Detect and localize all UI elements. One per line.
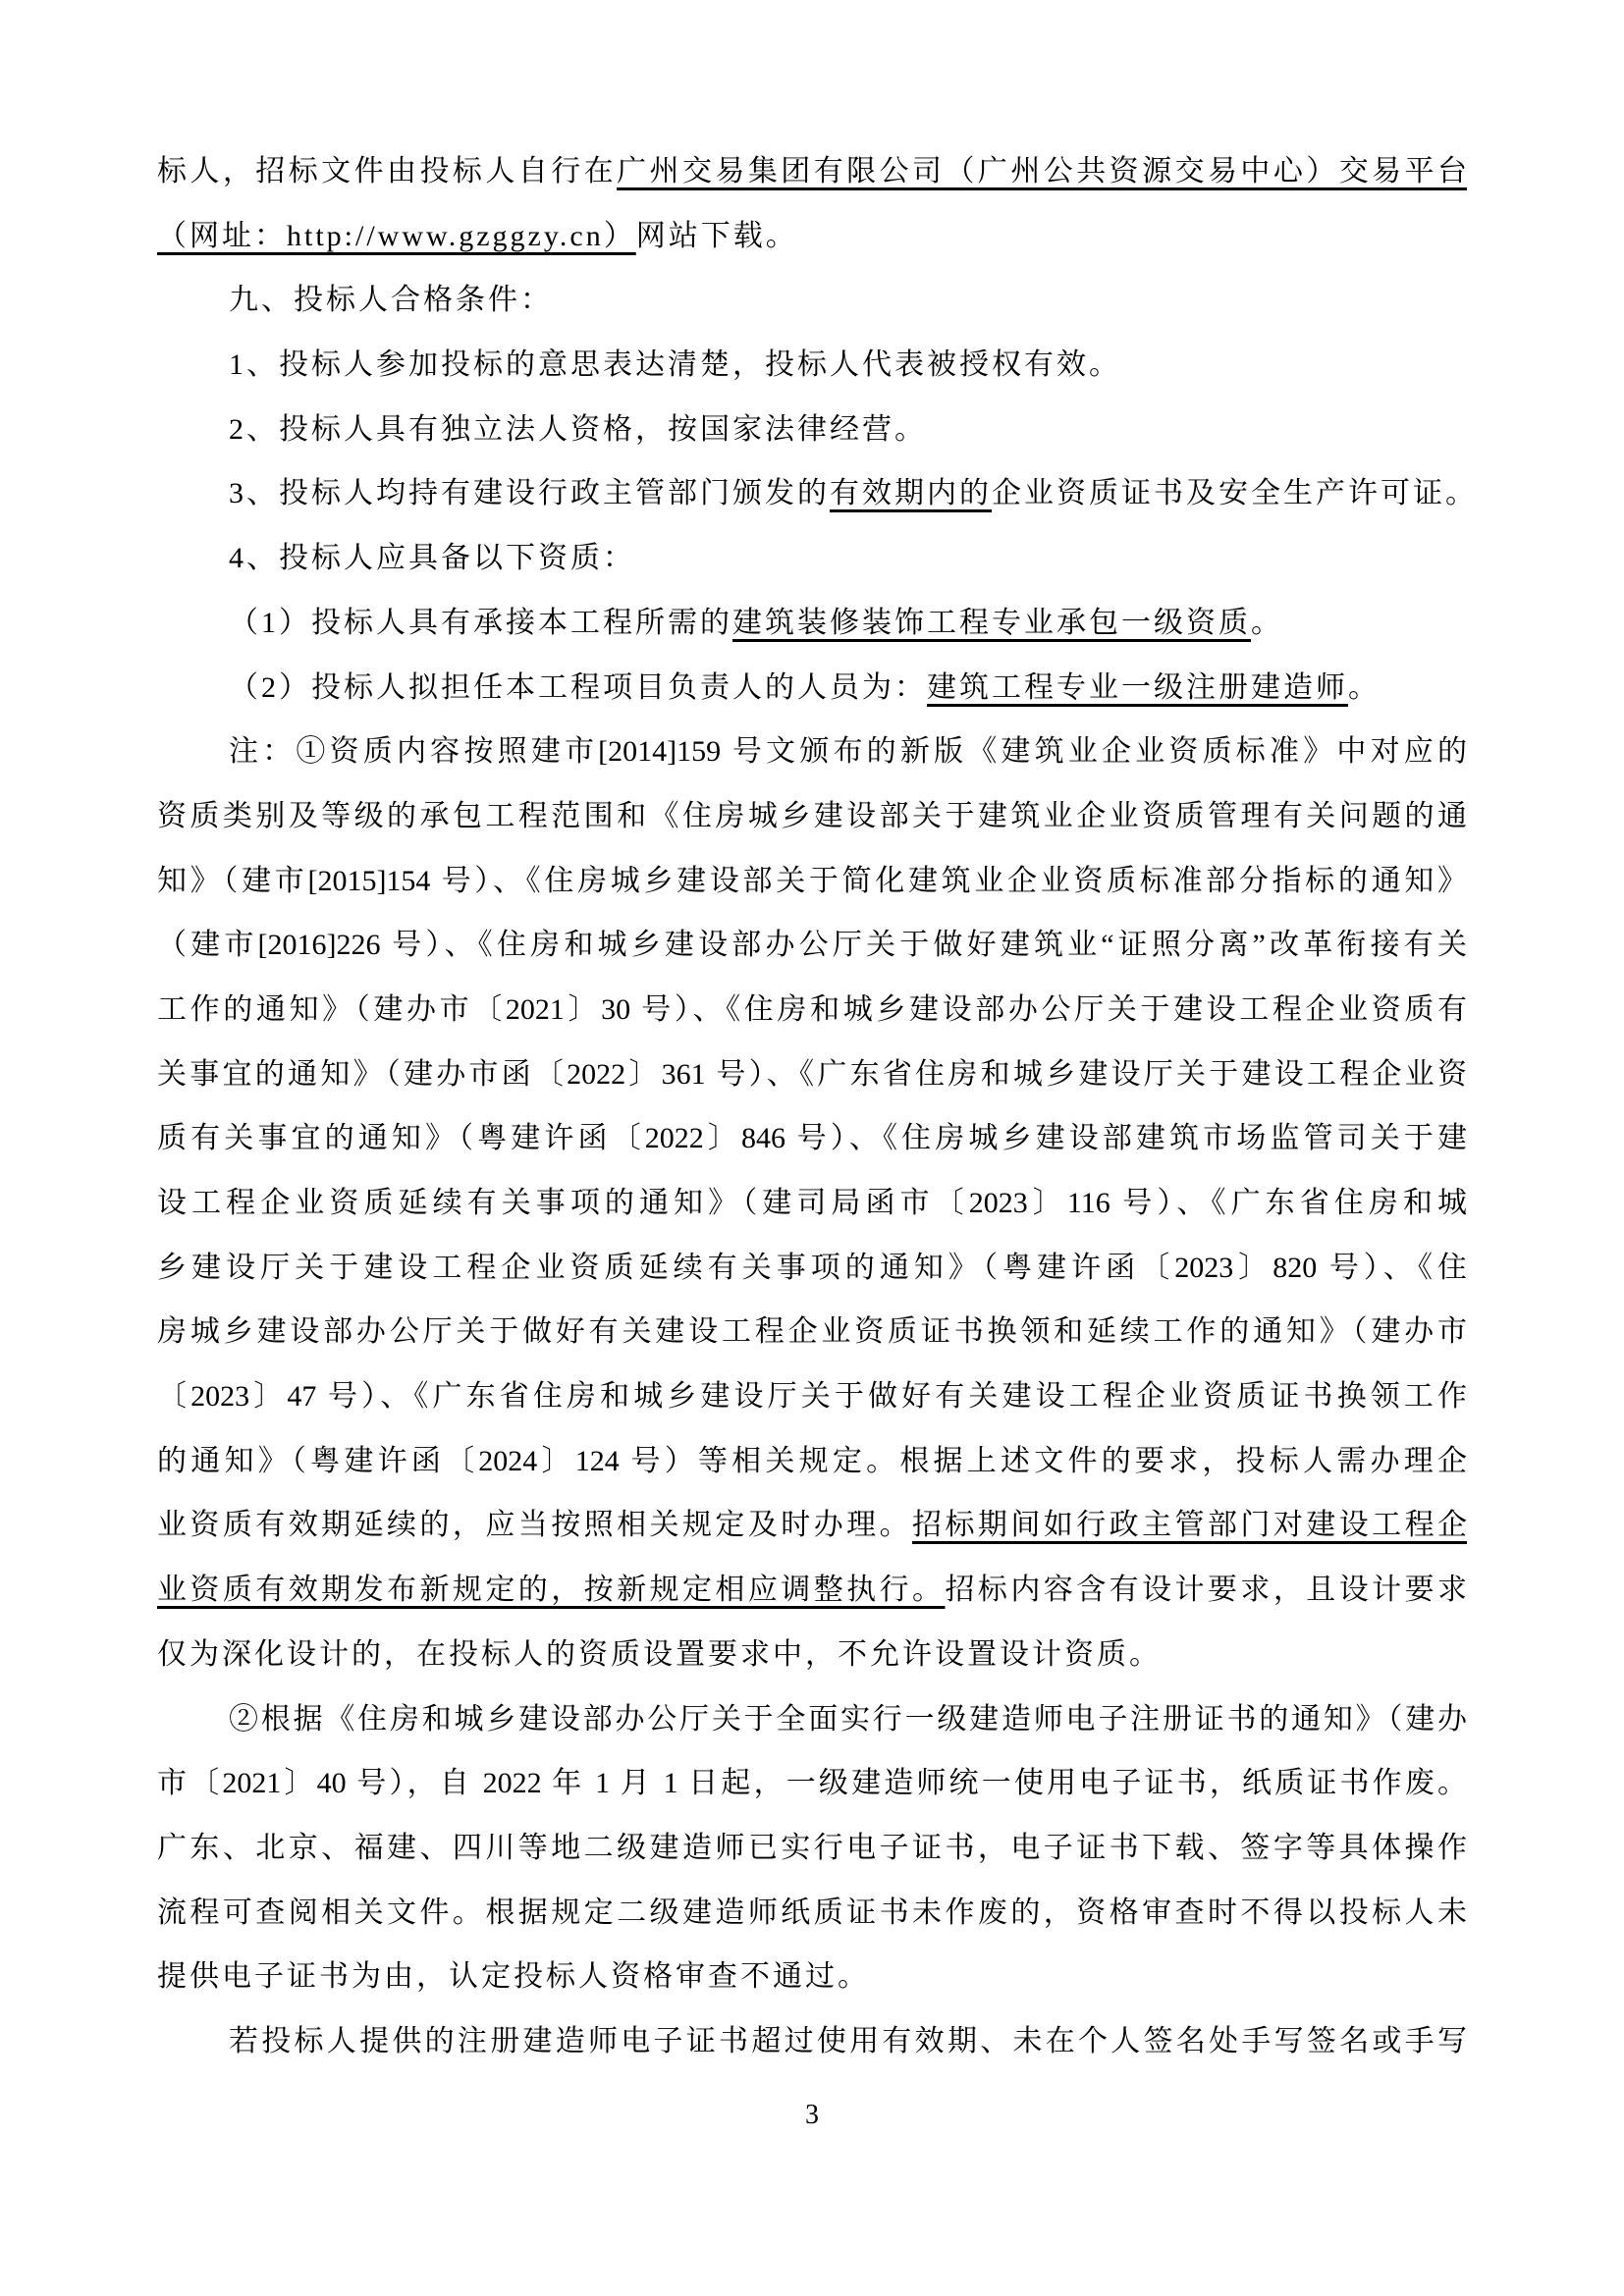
text-run: 企业资质证书及安全生产许可证。 bbox=[992, 477, 1478, 509]
text-run: 质有关事宜的通知》（粤建许函〔2022〕846 号）、《住房城乡建设部建筑市场监… bbox=[157, 1122, 1467, 1154]
text-line: 3、投标人均持有建设行政主管部门颁发的有效期内的企业资质证书及安全生产许可证。 bbox=[157, 461, 1467, 526]
text-line: 若投标人提供的注册建造师电子证书超过使用有效期、未在个人签名处手写签名或手写 bbox=[157, 2009, 1467, 2074]
text-run: 设工程企业资质延续有关事项的通知》（建司局函市〔2023〕116 号）、《广东省… bbox=[157, 1187, 1467, 1219]
text-line: 市〔2021〕40 号），自 2022 年 1 月 1 日起，一级建造师统一使用… bbox=[157, 1751, 1467, 1816]
text-run: 提供电子证书为由，认定投标人资格审查不通过。 bbox=[157, 1960, 870, 1993]
text-line: 1、投标人参加投标的意思表达清楚，投标人代表被授权有效。 bbox=[157, 333, 1467, 398]
text-run: （2）投标人拟担任本工程项目负责人的人员为： bbox=[229, 671, 927, 704]
text-run: 〔2023〕47 号）、《广东省住房和城乡建设厅关于做好有关建设工程企业资质证书… bbox=[157, 1380, 1467, 1413]
text-line: （网址：http://www.gzggzy.cn）网站下载。 bbox=[157, 204, 1467, 269]
text-line: 〔2023〕47 号）、《广东省住房和城乡建设厅关于做好有关建设工程企业资质证书… bbox=[157, 1364, 1467, 1429]
text-run: （建市[2016]226 号）、《住房和城乡建设部办公厅关于做好建筑业“证照分离… bbox=[157, 929, 1467, 961]
text-run: 业资质有效期延续的，应当按照相关规定及时办理。 bbox=[157, 1509, 912, 1541]
text-line: 质有关事宜的通知》（粤建许函〔2022〕846 号）、《住房城乡建设部建筑市场监… bbox=[157, 1106, 1467, 1171]
text-line: 广东、北京、福建、四川等地二级建造师已实行电子证书，电子证书下载、签字等具体操作 bbox=[157, 1816, 1467, 1881]
text-run: ②根据《住房和城乡建设部办公厅关于全面实行一级建造师电子注册证书的通知》（建办 bbox=[229, 1703, 1467, 1735]
text-run: 3、投标人均持有建设行政主管部门颁发的 bbox=[229, 477, 830, 509]
underlined-text: 有效期内的 bbox=[830, 477, 992, 509]
text-run: 4、投标人应具备以下资质： bbox=[229, 542, 635, 574]
text-run: 关事宜的通知》（建办市函〔2022〕361 号）、《广东省住房和城乡建设厅关于建… bbox=[157, 1058, 1467, 1091]
text-line: 2、投标人具有独立法人资格，按国家法律经营。 bbox=[157, 398, 1467, 462]
text-line: 流程可查阅相关文件。根据规定二级建造师纸质证书未作废的，资格审查时不得以投标人未 bbox=[157, 1881, 1467, 1946]
text-line: 标人，招标文件由投标人自行在广州交易集团有限公司（广州公共资源交易中心）交易平台 bbox=[157, 139, 1467, 204]
text-line: 仅为深化设计的，在投标人的资质设置要求中，不允许设置设计资质。 bbox=[157, 1623, 1467, 1687]
text-line: 关事宜的通知》（建办市函〔2022〕361 号）、《广东省住房和城乡建设厅关于建… bbox=[157, 1042, 1467, 1107]
text-run: 房城乡建设部办公厅关于做好有关建设工程企业资质证书换领和延续工作的通知》（建办市 bbox=[157, 1315, 1467, 1348]
text-run: 广东、北京、福建、四川等地二级建造师已实行电子证书，电子证书下载、签字等具体操作 bbox=[157, 1832, 1467, 1864]
text-line: 乡建设厅关于建设工程企业资质延续有关事项的通知》（粤建许函〔2023〕820 号… bbox=[157, 1236, 1467, 1301]
text-line: 设工程企业资质延续有关事项的通知》（建司局函市〔2023〕116 号）、《广东省… bbox=[157, 1171, 1467, 1236]
text-run: 注：①资质内容按照建市[2014]159 号文颁布的新版《建筑业企业资质标准》中… bbox=[229, 735, 1467, 768]
document-page: 标人，招标文件由投标人自行在广州交易集团有限公司（广州公共资源交易中心）交易平台… bbox=[0, 0, 1624, 2296]
text-run: 九、投标人合格条件： bbox=[229, 284, 553, 316]
text-line: 资质类别及等级的承包工程范围和《住房城乡建设部关于建筑业企业资质管理有关问题的通 bbox=[157, 784, 1467, 849]
text-run: 若投标人提供的注册建造师电子证书超过使用有效期、未在个人签名处手写签名或手写 bbox=[229, 2025, 1467, 2057]
text-line: 知》（建市[2015]154 号）、《住房城乡建设部关于简化建筑业企业资质标准部… bbox=[157, 849, 1467, 914]
text-line: ②根据《住房和城乡建设部办公厅关于全面实行一级建造师电子注册证书的通知》（建办 bbox=[157, 1687, 1467, 1752]
text-run: 的通知》（粤建许函〔2024〕124 号）等相关规定。根据上述文件的要求，投标人… bbox=[157, 1445, 1467, 1477]
text-run: 知》（建市[2015]154 号）、《住房城乡建设部关于简化建筑业企业资质标准部… bbox=[157, 865, 1467, 897]
underlined-text: 广州交易集团有限公司（广州公共资源交易中心）交易平台 bbox=[617, 155, 1467, 187]
text-run: 仅为深化设计的，在投标人的资质设置要求中，不允许设置设计资质。 bbox=[157, 1638, 1162, 1671]
text-line: （建市[2016]226 号）、《住房和城乡建设部办公厅关于做好建筑业“证照分离… bbox=[157, 913, 1467, 978]
text-run: 。 bbox=[1348, 671, 1380, 704]
document-lines: 标人，招标文件由投标人自行在广州交易集团有限公司（广州公共资源交易中心）交易平台… bbox=[157, 139, 1467, 2074]
text-line: （1）投标人具有承接本工程所需的建筑装修装饰工程专业承包一级资质。 bbox=[157, 591, 1467, 656]
text-line: 4、投标人应具备以下资质： bbox=[157, 526, 1467, 591]
text-line: 提供电子证书为由，认定投标人资格审查不通过。 bbox=[157, 1945, 1467, 2009]
text-run: 。 bbox=[1251, 607, 1283, 639]
underlined-text: 业资质有效期发布新规定的，按新规定相应调整执行。 bbox=[157, 1574, 945, 1606]
text-line: 九、投标人合格条件： bbox=[157, 268, 1467, 333]
page-number: 3 bbox=[0, 2099, 1624, 2132]
text-run: 招标内容含有设计要求，且设计要求 bbox=[945, 1574, 1467, 1606]
text-run: 标人，招标文件由投标人自行在 bbox=[157, 155, 617, 187]
text-line: 业资质有效期延续的，应当按照相关规定及时办理。招标期间如行政主管部门对建设工程企 bbox=[157, 1493, 1467, 1558]
text-run: 市〔2021〕40 号），自 2022 年 1 月 1 日起，一级建造师统一使用… bbox=[157, 1767, 1467, 1799]
text-line: 工作的通知》（建办市〔2021〕30 号）、《住房和城乡建设部办公厅关于建设工程… bbox=[157, 978, 1467, 1042]
text-run: 乡建设厅关于建设工程企业资质延续有关事项的通知》（粤建许函〔2023〕820 号… bbox=[157, 1252, 1467, 1284]
text-run: （1）投标人具有承接本工程所需的 bbox=[229, 607, 732, 639]
text-line: 注：①资质内容按照建市[2014]159 号文颁布的新版《建筑业企业资质标准》中… bbox=[157, 720, 1467, 784]
underlined-text: 招标期间如行政主管部门对建设工程企 bbox=[912, 1509, 1467, 1541]
text-run: 2、投标人具有独立法人资格，按国家法律经营。 bbox=[229, 413, 927, 446]
underlined-text: （网址：http://www.gzggzy.cn） bbox=[157, 220, 636, 252]
text-line: 房城乡建设部办公厅关于做好有关建设工程企业资质证书换领和延续工作的通知》（建办市 bbox=[157, 1300, 1467, 1364]
text-line: （2）投标人拟担任本工程项目负责人的人员为：建筑工程专业一级注册建造师。 bbox=[157, 656, 1467, 721]
text-run: 工作的通知》（建办市〔2021〕30 号）、《住房和城乡建设部办公厅关于建设工程… bbox=[157, 993, 1467, 1026]
text-line: 的通知》（粤建许函〔2024〕124 号）等相关规定。根据上述文件的要求，投标人… bbox=[157, 1429, 1467, 1494]
text-run: 网站下载。 bbox=[636, 220, 798, 252]
text-line: 业资质有效期发布新规定的，按新规定相应调整执行。招标内容含有设计要求，且设计要求 bbox=[157, 1558, 1467, 1623]
underlined-text: 建筑工程专业一级注册建造师 bbox=[927, 671, 1348, 704]
text-run: 1、投标人参加投标的意思表达清楚，投标人代表被授权有效。 bbox=[229, 348, 1121, 381]
underlined-text: 建筑装修装饰工程专业承包一级资质 bbox=[732, 607, 1251, 639]
text-run: 流程可查阅相关文件。根据规定二级建造师纸质证书未作废的，资格审查时不得以投标人未 bbox=[157, 1896, 1467, 1929]
text-run: 资质类别及等级的承包工程范围和《住房城乡建设部关于建筑业企业资质管理有关问题的通 bbox=[157, 800, 1467, 832]
